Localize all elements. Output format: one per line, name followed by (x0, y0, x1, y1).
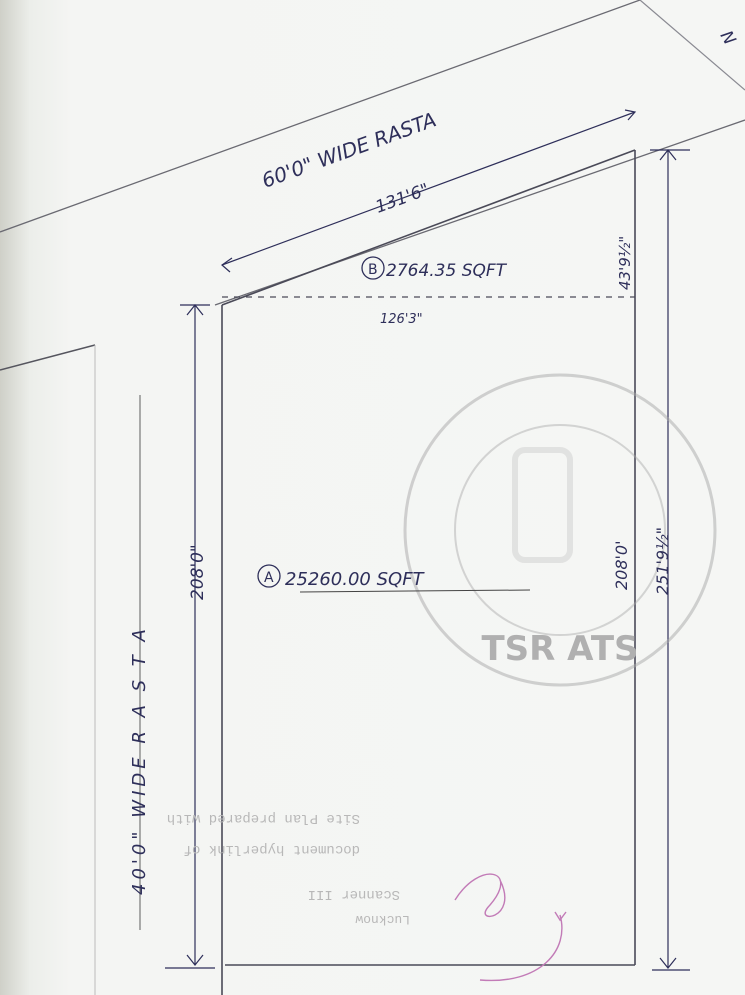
svg-text:B: B (368, 262, 378, 278)
svg-text:document hyperlink of: document hyperlink of (184, 841, 360, 857)
left-road-label: 40'0" WIDE R A S T A (129, 625, 150, 895)
svg-text:Site Plan prepared with: Site Plan prepared with (167, 810, 360, 826)
site-plan-drawing: TSR ATS Site Plan prepared with document… (0, 0, 745, 995)
dim-right-top-label: 43'9½" (616, 236, 634, 290)
north-marker: N (716, 28, 740, 49)
svg-text:2764.35 SQFT: 2764.35 SQFT (386, 261, 508, 281)
dim-right-outer-label: 251'9½" (653, 527, 672, 595)
top-road-label: 60'0" WIDE RASTA (259, 107, 440, 192)
svg-text:A: A (264, 570, 274, 586)
svg-text:Lucknow: Lucknow (355, 912, 410, 927)
dim-top-diagonal-label: 131'6" (373, 180, 432, 218)
dim-right-inner-label: 208'0' (612, 540, 631, 590)
svg-text:Scanner III: Scanner III (308, 886, 400, 902)
svg-text:25260.00 SQFT: 25260.00 SQFT (285, 569, 426, 590)
dim-left-label: 208'0" (188, 544, 208, 600)
area-a: A 25260.00 SQFT (258, 565, 530, 592)
dim-inner-top-label: 126'3" (380, 312, 423, 327)
dim-left (165, 305, 215, 968)
certification-note: Site Plan prepared with document hyperli… (167, 810, 410, 927)
area-b: B 2764.35 SQFT (362, 257, 508, 281)
svg-text:TSR ATS: TSR ATS (481, 629, 638, 669)
